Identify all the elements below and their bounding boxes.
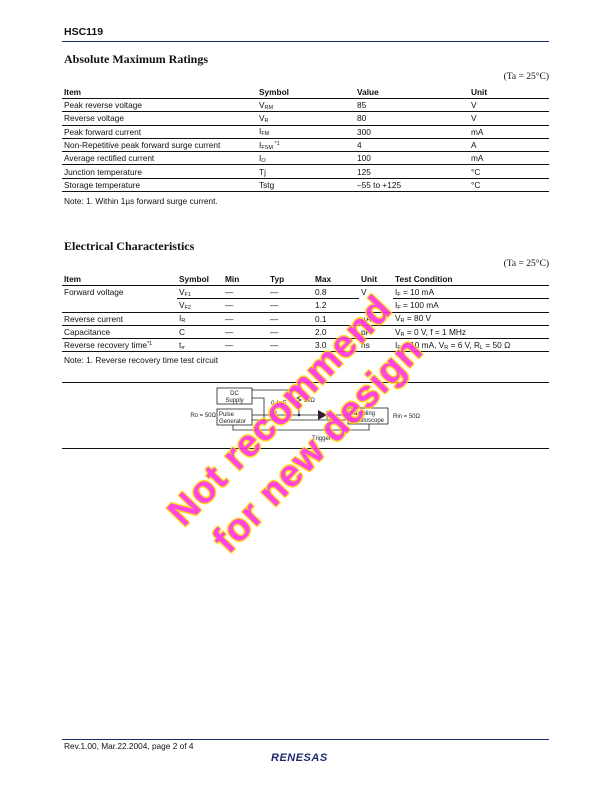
svg-text:Ro = 50Ω: Ro = 50Ω xyxy=(190,413,216,419)
svg-text:Supply: Supply xyxy=(225,398,243,404)
svg-text:Rin = 50Ω: Rin = 50Ω xyxy=(393,414,421,420)
footer-revision: Rev.1.00, Mar.22.2004, page 2 of 4 xyxy=(64,741,193,751)
svg-text:DC: DC xyxy=(230,391,239,397)
footer-rule xyxy=(62,739,549,740)
svg-text:Pulse: Pulse xyxy=(219,412,235,418)
renesas-logo: RENESAS xyxy=(271,752,328,764)
